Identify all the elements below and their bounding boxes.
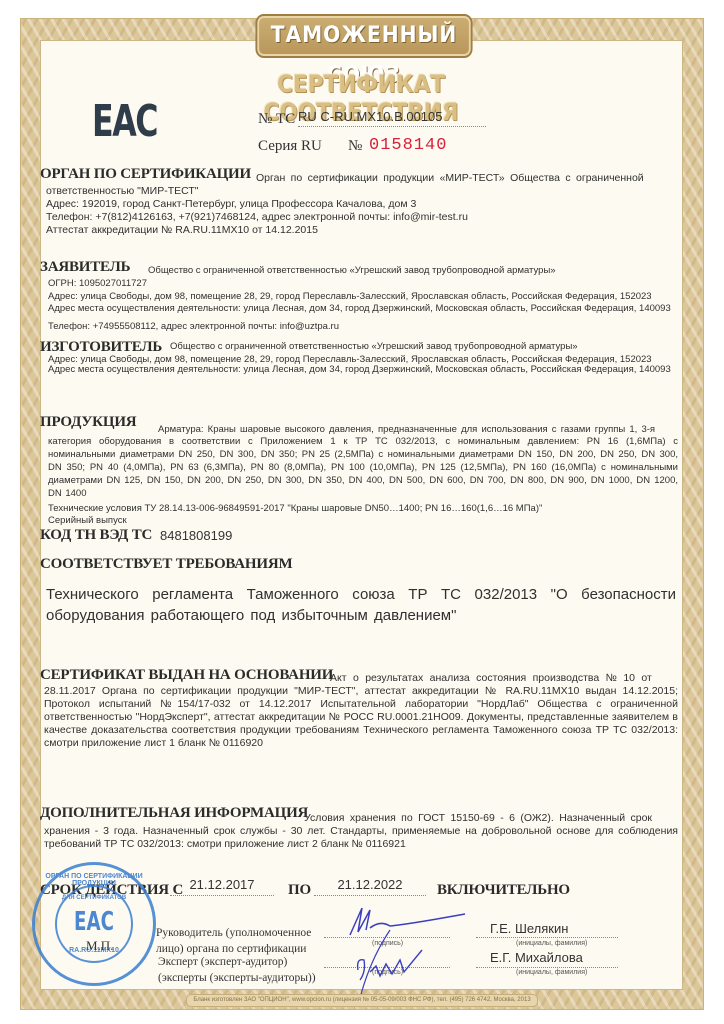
expert-label: Эксперт (эксперт-аудитор) (эксперты (экс…	[158, 954, 316, 986]
head-name-caption: (инициалы, фамилия)	[516, 940, 587, 947]
applicant-name: Общество с ограниченной ответственностью…	[148, 264, 556, 277]
product-release: Серийный выпуск	[48, 514, 127, 527]
applicant-ogrn: ОГРН: 1095027011727	[48, 277, 147, 290]
compliance-title: СООТВЕТСТВУЕТ ТРЕБОВАНИЯМ	[40, 556, 292, 573]
expert-name-caption: (инициалы, фамилия)	[516, 969, 587, 976]
hs-code-value: 8481808199	[160, 528, 232, 543]
blank-number: 0158140	[369, 136, 447, 155]
manufacturer-name: Общество с ограниченной ответственностью…	[170, 340, 578, 353]
certification-body-title: ОРГАН ПО СЕРТИФИКАЦИИ	[40, 166, 251, 183]
hs-code-label: КОД ТН ВЭД ТС	[40, 527, 152, 544]
certification-body-address: Адрес: 192019, город Санкт-Петербург, ул…	[46, 198, 416, 211]
head-name: Г.Е. Шелякин	[490, 921, 568, 936]
additional-info-title: ДОПОЛНИТЕЛЬНАЯ ИНФОРМАЦИЯ	[40, 805, 308, 822]
head-label-line1: Руководитель (уполномоченное	[156, 925, 311, 941]
expert-label-line2: (эксперты (эксперты-аудиторы))	[158, 970, 316, 986]
validity-date-from: 21.12.2017	[170, 877, 274, 896]
applicant-address: Адрес: улица Свободы, дом 98, помещение …	[48, 290, 652, 303]
basis-title: СЕРТИФИКАТ ВЫДАН НА ОСНОВАНИИ	[40, 667, 333, 684]
signature-marks-icon	[330, 900, 480, 1000]
additional-info-text-cont: хранения - 3 года. Назначенный срок служ…	[44, 825, 678, 851]
validity-to-label: ПО	[288, 882, 311, 899]
validity-date-to: 21.12.2022	[314, 877, 426, 896]
series-label: Серия RU	[258, 138, 322, 155]
additional-info-text: Условия хранения по ГОСТ 15150-69 - 6 (О…	[304, 812, 676, 825]
tc-number: RU C-RU.MX10.B.00105	[298, 109, 486, 127]
customs-union-banner: ТАМОЖЕННЫЙ СОЮЗ	[255, 14, 472, 58]
applicant-activity-address: Адрес места осуществления деятельности: …	[48, 303, 678, 314]
compliance-text: Технического регламента Таможенного союз…	[46, 584, 676, 626]
certification-body-name-cont: ответственностью "МИР-ТЕСТ"	[46, 185, 199, 198]
expert-name-line	[476, 967, 618, 968]
stamp-inner-text: ДЛЯ СЕРТИФИКАТОВ	[35, 895, 153, 901]
certification-stamp: ОРГАН ПО СЕРТИФИКАЦИИ ПРОДУКЦИИ ДЛЯ СЕРТ…	[32, 862, 156, 986]
certification-body-accreditation: Аттестат аккредитации № RA.RU.11MX10 от …	[46, 224, 318, 237]
certification-body-phone: Телефон: +7(812)4126163, +7(921)7468124,…	[46, 211, 468, 224]
basis-text: Акт о результатах анализа состояния прои…	[330, 672, 676, 685]
validity-inclusive-label: ВКЛЮЧИТЕЛЬНО	[437, 882, 570, 899]
number-label: №	[348, 138, 362, 155]
product-title: ПРОДУКЦИЯ	[40, 414, 136, 431]
basis-text-cont: 28.11.2017 Органа по сертификации продук…	[44, 685, 678, 750]
applicant-phone: Телефон: +74955508112, адрес электронной…	[48, 320, 339, 333]
product-description-cont: категория оборудования в соответствии с …	[48, 435, 678, 500]
applicant-title: ЗАЯВИТЕЛЬ	[40, 259, 130, 276]
expert-name: Е.Г. Михайлова	[490, 950, 583, 965]
tc-number-label: № ТС	[258, 111, 295, 128]
manufacturer-activity-address: Адрес места осуществления деятельности: …	[48, 364, 678, 375]
stamp-place-label: М.П.	[86, 938, 113, 954]
expert-label-line1: Эксперт (эксперт-аудитор)	[158, 954, 316, 970]
printer-note: Бланк изготовлен ЗАО "ОПЦИОН", www.opcio…	[186, 994, 538, 1007]
head-label: Руководитель (уполномоченное лицо) орган…	[156, 925, 311, 957]
head-name-line	[476, 937, 618, 938]
certification-body-name: Орган по сертификации продукции «МИР-ТЕС…	[256, 172, 676, 185]
stamp-eac-logo-icon: EAC	[53, 907, 136, 937]
eac-logo-icon: EAC	[92, 96, 157, 147]
